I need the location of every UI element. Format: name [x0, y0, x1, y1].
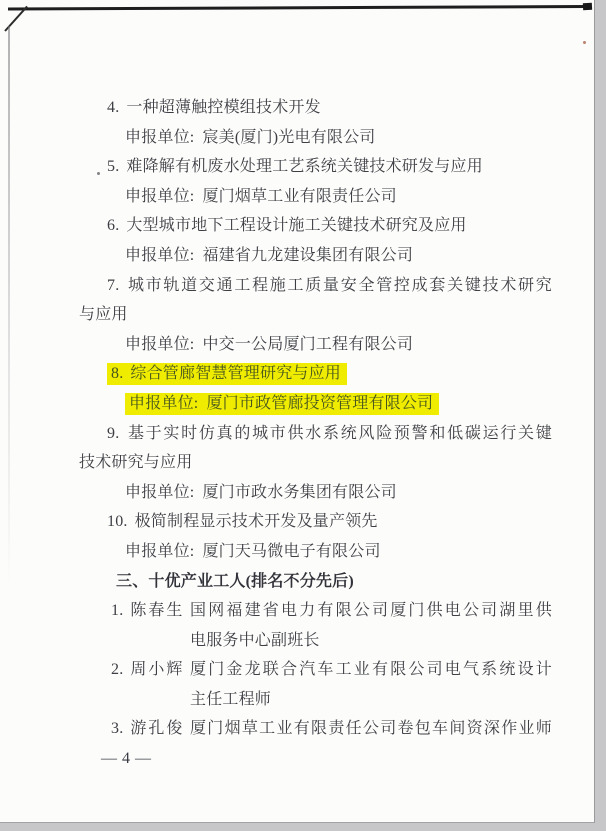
- applicant-name: 厦门市政管廊投资管理有限公司: [206, 395, 433, 412]
- worker-description: 厦门金龙联合汽车工业有限公司电气系统设计 主任工程师: [190, 655, 552, 714]
- worker-number: 1.: [111, 602, 123, 619]
- applicant-name: 厦门市政水务集团有限公司: [202, 484, 396, 501]
- project-title-line: 4.一种超薄触控模组技术开发: [79, 93, 552, 123]
- project-title-text: 一种超薄触控模组技术开发: [126, 99, 320, 116]
- section-heading-workers: 三、十优产业工人(排名不分先后): [79, 567, 552, 597]
- applicant-label: 申报单位:: [125, 247, 194, 264]
- project-title-line: 10.极简制程显示技术开发及量产领先: [79, 507, 552, 537]
- worker-item-2: 2.周小辉 厦门金龙联合汽车工业有限公司电气系统设计 主任工程师: [79, 655, 552, 714]
- worker-description-line: 国网福建省电力有限公司厦门供电公司湖里供: [190, 596, 552, 626]
- project-item-4: 4.一种超薄触控模组技术开发 申报单位:宸美(厦门)光电有限公司: [79, 93, 552, 152]
- applicant-label: 申报单位:: [125, 543, 194, 560]
- project-title-text: 综合管廊智慧管理研究与应用: [130, 365, 341, 382]
- applicant-label: 申报单位:: [125, 188, 194, 205]
- project-number: 10.: [107, 513, 128, 530]
- applicant-label: 申报单位:: [125, 484, 194, 501]
- applicant-label: 申报单位:: [125, 129, 194, 146]
- applicant-name: 厦门天马微电子有限公司: [202, 543, 380, 560]
- project-item-8-highlighted: 8.综合管廊智慧管理研究与应用 申报单位:厦门市政管廊投资管理有限公司: [79, 359, 552, 418]
- project-item-7: 7.城市轨道交通工程施工质量安全管控成套关键技术研究 与应用 申报单位:中交一公…: [79, 271, 552, 360]
- applicant-label: 申报单位:: [125, 336, 194, 353]
- project-item-9: 9.基于实时仿真的城市供水系统风险预警和低碳运行关键 技术研究与应用 申报单位:…: [79, 419, 552, 508]
- worker-description: 厦门烟草工业有限责任公司卷包车间资深作业师: [190, 714, 552, 744]
- applicant-name: 厦门烟草工业有限责任公司: [202, 188, 396, 205]
- project-title-continuation: 技术研究与应用: [79, 448, 552, 478]
- project-item-6: 6.大型城市地下工程设计施工关键技术研究及应用 申报单位:福建省九龙建设集团有限…: [79, 211, 552, 270]
- page-content: 4.一种超薄触控模组技术开发 申报单位:宸美(厦门)光电有限公司 5.难降解有机…: [79, 93, 552, 774]
- project-number: 6.: [107, 217, 119, 234]
- scan-noise-dot: [583, 41, 586, 44]
- project-title-text: 难降解有机废水处理工艺系统关键技术研发与应用: [126, 158, 482, 175]
- project-number: 8.: [111, 365, 123, 382]
- scanned-document: 4.一种超薄触控模组技术开发 申报单位:宸美(厦门)光电有限公司 5.难降解有机…: [0, 0, 606, 831]
- worker-number: 2.: [111, 661, 123, 678]
- worker-description-line: 电服务中心副班长: [190, 626, 552, 656]
- worker-description-line: 厦门金龙联合汽车工业有限公司电气系统设计: [190, 655, 552, 685]
- scan-edge-line-left: [8, 26, 10, 586]
- applicant-label: 申报单位:: [129, 395, 198, 412]
- project-applicant-line: 申报单位:厦门市政管廊投资管理有限公司: [79, 389, 552, 419]
- worker-description-line: 厦门烟草工业有限责任公司卷包车间资深作业师: [190, 714, 552, 744]
- project-number: 7.: [107, 277, 119, 294]
- highlight-marker: 8.综合管廊智慧管理研究与应用: [107, 363, 347, 385]
- worker-name-cell: 2.周小辉: [79, 655, 190, 714]
- worker-name-cell: 3.游孔俊: [79, 714, 190, 744]
- worker-name: 周小辉: [130, 661, 184, 678]
- project-number: 9.: [107, 425, 119, 442]
- project-title-line: 8.综合管廊智慧管理研究与应用: [79, 359, 552, 389]
- project-title-text: 城市轨道交通工程施工质量安全管控成套关键技术研究: [126, 277, 552, 294]
- worker-description: 国网福建省电力有限公司厦门供电公司湖里供 电服务中心副班长: [190, 596, 552, 655]
- document-page: 4.一种超薄触控模组技术开发 申报单位:宸美(厦门)光电有限公司 5.难降解有机…: [0, 0, 595, 823]
- project-title-line: 5.难降解有机废水处理工艺系统关键技术研发与应用: [79, 152, 552, 182]
- worker-description-line: 主任工程师: [190, 685, 552, 715]
- project-title-text: 大型城市地下工程设计施工关键技术研究及应用: [126, 217, 466, 234]
- worker-item-1: 1.陈春生 国网福建省电力有限公司厦门供电公司湖里供 电服务中心副班长: [79, 596, 552, 655]
- project-title-line: 9.基于实时仿真的城市供水系统风险预警和低碳运行关键: [79, 419, 552, 449]
- project-item-10: 10.极简制程显示技术开发及量产领先 申报单位:厦门天马微电子有限公司: [79, 507, 552, 566]
- project-number: 4.: [107, 99, 119, 116]
- project-title-line: 7.城市轨道交通工程施工质量安全管控成套关键技术研究: [79, 271, 552, 301]
- worker-name: 游孔俊: [130, 720, 184, 737]
- worker-item-3: 3.游孔俊 厦门烟草工业有限责任公司卷包车间资深作业师: [79, 714, 552, 744]
- project-title-text: 基于实时仿真的城市供水系统风险预警和低碳运行关键: [126, 425, 552, 442]
- project-item-5: 5.难降解有机废水处理工艺系统关键技术研发与应用 申报单位:厦门烟草工业有限责任…: [79, 152, 552, 211]
- worker-name-cell: 1.陈春生: [79, 596, 190, 655]
- applicant-name: 宸美(厦门)光电有限公司: [202, 129, 375, 146]
- project-applicant-line: 申报单位:福建省九龙建设集团有限公司: [79, 241, 552, 271]
- highlight-marker: 申报单位:厦门市政管廊投资管理有限公司: [125, 393, 439, 415]
- project-applicant-line: 申报单位:厦门天马微电子有限公司: [79, 537, 552, 567]
- scan-edge-mark-top-right: [583, 3, 592, 10]
- applicant-name: 福建省九龙建设集团有限公司: [202, 247, 413, 264]
- page-number: — 4 —: [101, 744, 552, 774]
- project-title-continuation: 与应用: [79, 300, 552, 330]
- project-applicant-line: 申报单位:中交一公局厦门工程有限公司: [79, 330, 552, 360]
- project-applicant-line: 申报单位:厦门烟草工业有限责任公司: [79, 182, 552, 212]
- project-applicant-line: 申报单位:宸美(厦门)光电有限公司: [79, 123, 552, 153]
- worker-name: 陈春生: [130, 602, 184, 619]
- scan-edge-line-top: [8, 5, 586, 11]
- worker-number: 3.: [111, 720, 123, 737]
- project-number: 5.: [107, 158, 119, 175]
- project-title-text: 极简制程显示技术开发及量产领先: [135, 513, 378, 530]
- project-title-line: 6.大型城市地下工程设计施工关键技术研究及应用: [79, 211, 552, 241]
- project-applicant-line: 申报单位:厦门市政水务集团有限公司: [79, 478, 552, 508]
- applicant-name: 中交一公局厦门工程有限公司: [202, 336, 413, 353]
